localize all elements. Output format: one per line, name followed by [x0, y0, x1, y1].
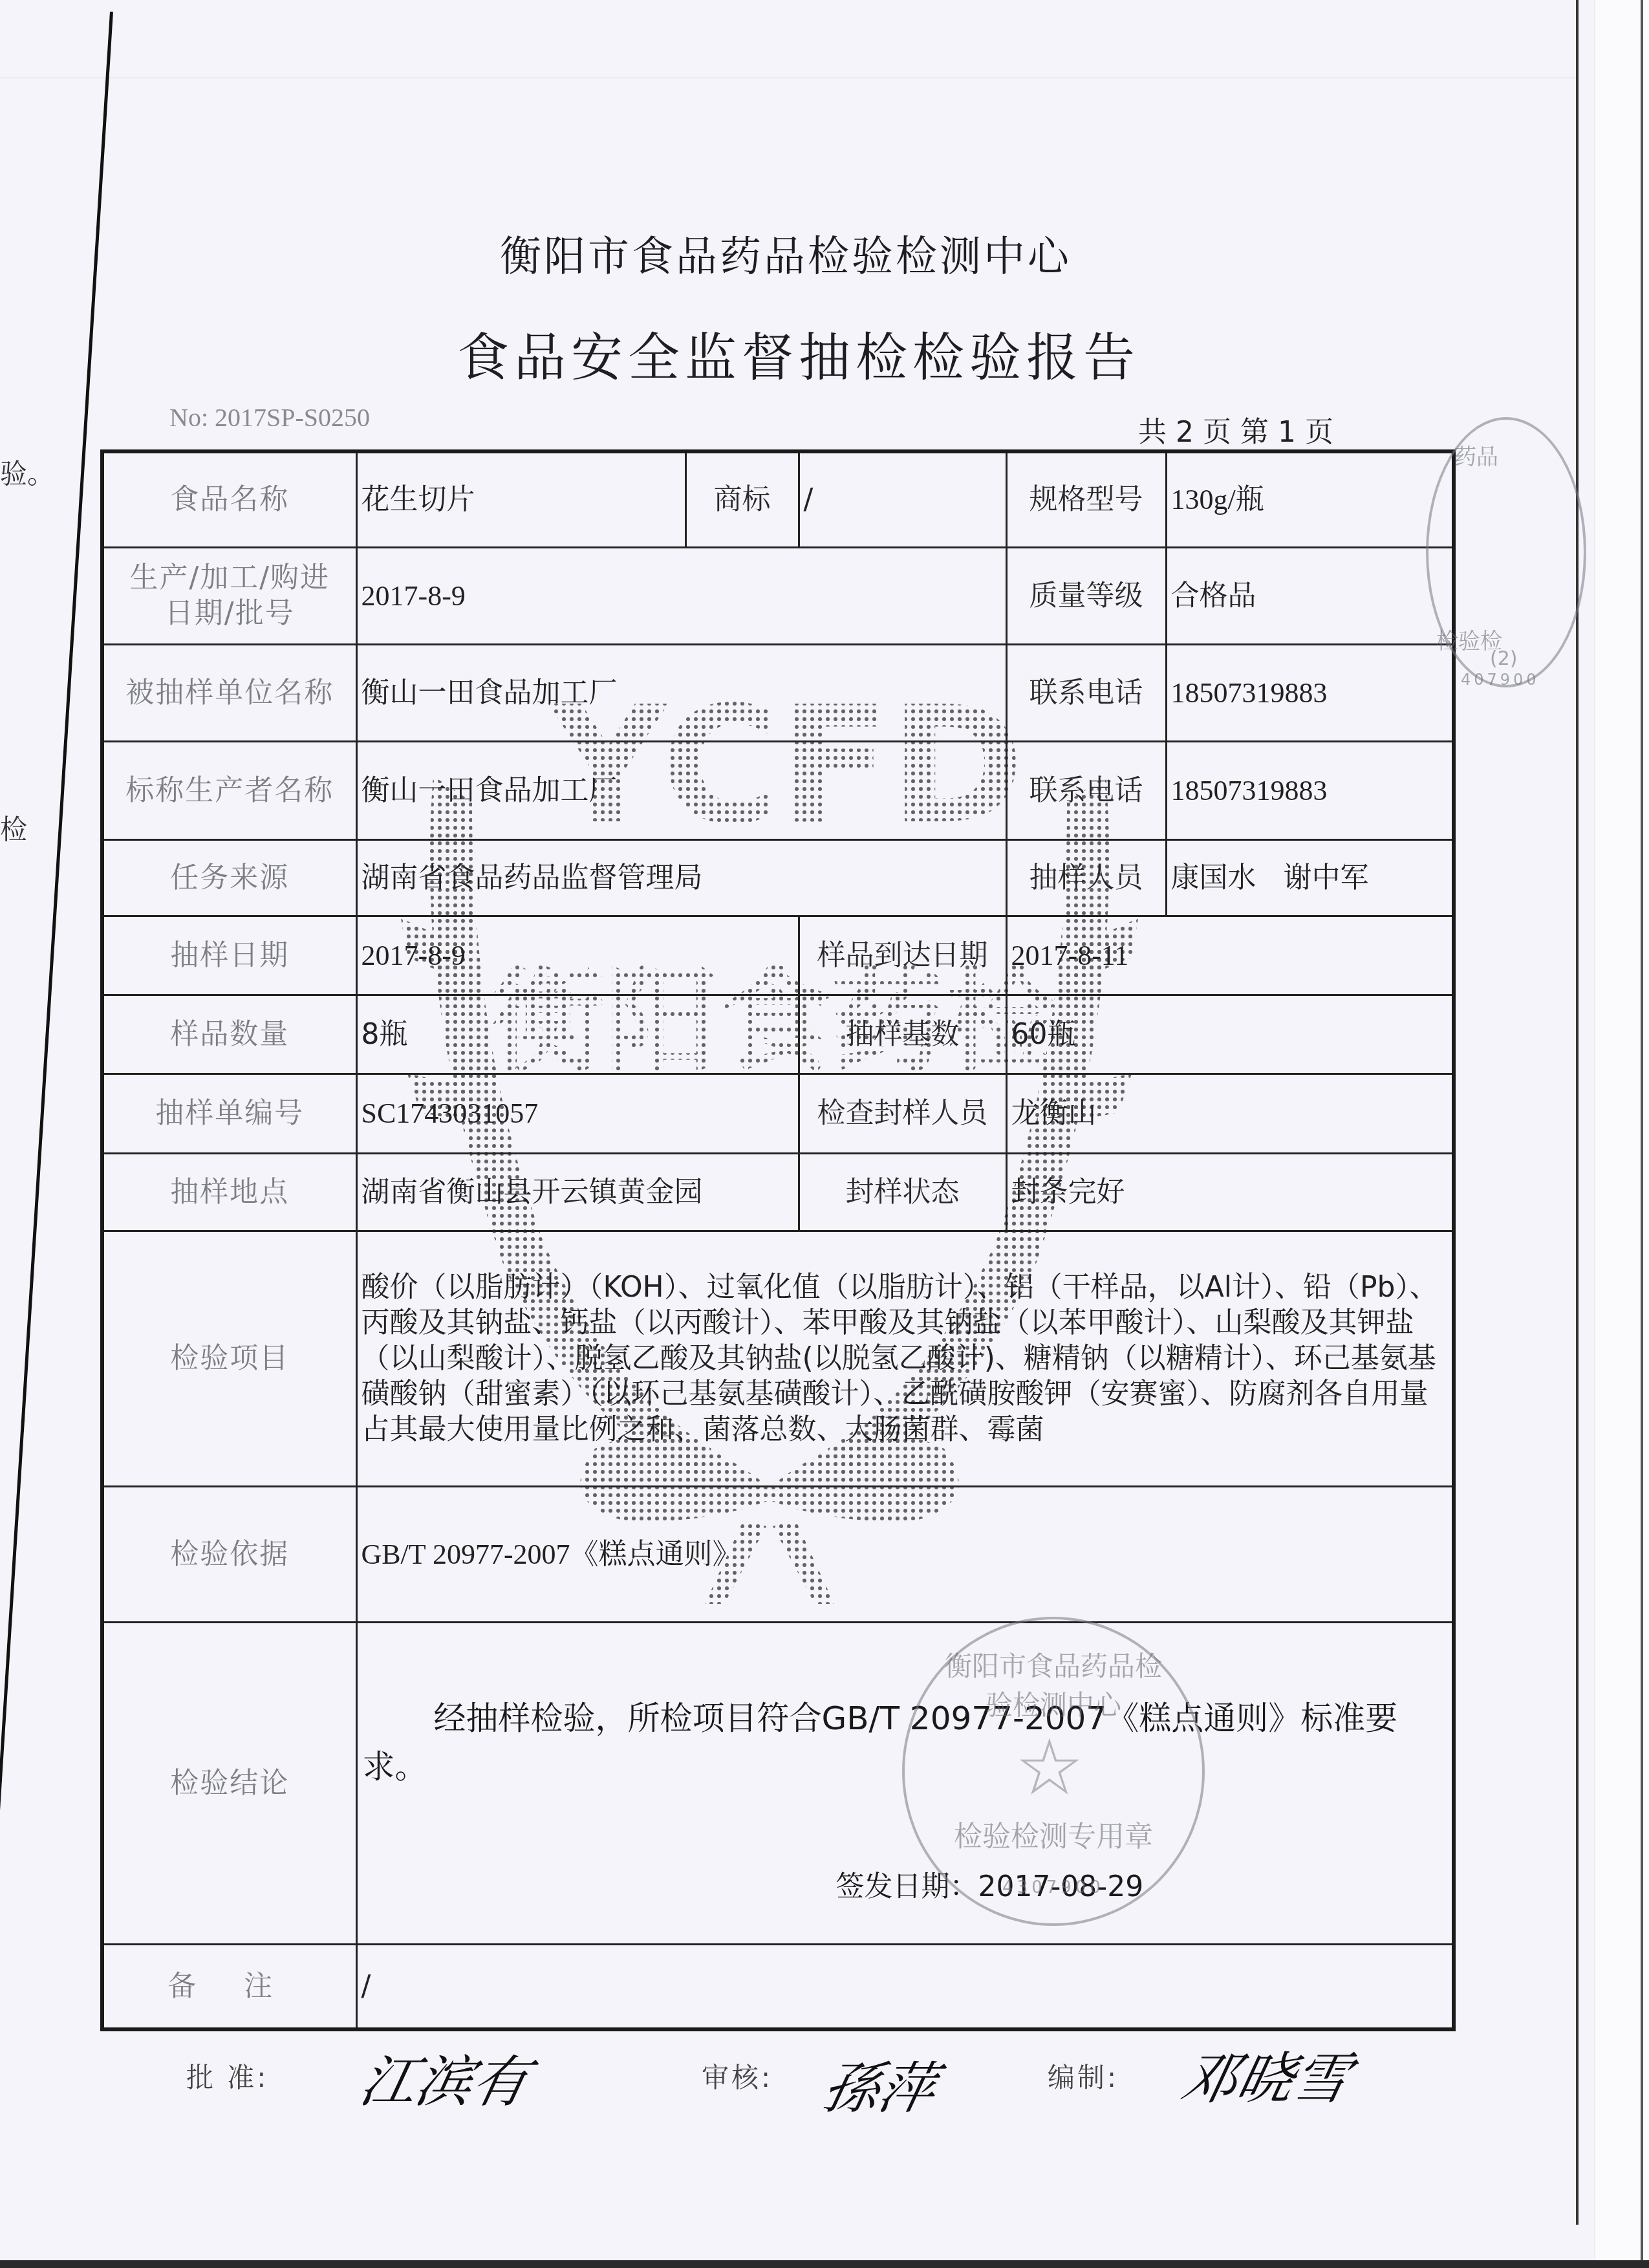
edge-seal-text-top: 药品 — [1454, 439, 1498, 471]
official-seal: 衡阳市食品药品检验检测中心 ☆ 检验检测专用章 4307900 — [902, 1617, 1205, 1926]
trademark-value: / — [799, 451, 1006, 547]
edge-text-fragment: 验。 — [0, 453, 54, 491]
inspection-items-value: 酸价（以脂肪计）（KOH）、过氧化值（以脂肪计）、铝（干样品，以Al计）、铅（P… — [356, 1231, 1454, 1486]
sampling-date-label: 抽样日期 — [102, 916, 356, 995]
sampling-place-label: 抽样地点 — [102, 1153, 356, 1231]
scan-artifact-line — [0, 78, 1578, 78]
food-name-value: 花生切片 — [356, 451, 685, 547]
inspection-items-label: 检验项目 — [102, 1231, 356, 1486]
sampling-place-value: 湖南省衡山县开云镇黄金园 — [356, 1153, 799, 1231]
edge-text-fragment: 检 — [0, 808, 27, 847]
star-icon: ☆ — [1015, 1723, 1084, 1813]
production-date-label: 生产/加工/购进 日期/批号 — [102, 547, 356, 644]
trademark-label: 商标 — [685, 451, 799, 547]
inspection-basis-label: 检验依据 — [102, 1486, 356, 1622]
producer-value: 衡山一田食品加工厂 — [356, 741, 1006, 839]
table-row: 生产/加工/购进 日期/批号 2017-8-9 质量等级 合格品 — [102, 547, 1454, 644]
review-signature: 孫萍 — [816, 2044, 944, 2124]
conclusion-text: 经抽样检验，所检项目符合GB/T 20977-2007《糕点通则》标准要求。 — [363, 1694, 1427, 1791]
sample-quantity-value: 8瓶 — [356, 995, 799, 1074]
quality-grade-value: 合格品 — [1166, 547, 1454, 644]
approve-label: 批 准: — [186, 2057, 269, 2095]
production-date-label-line2: 日期/批号 — [108, 596, 352, 631]
producer-phone-value: 18507319883 — [1166, 741, 1454, 839]
sampling-number-label: 抽样单编号 — [102, 1074, 356, 1153]
sampled-unit-phone-value: 18507319883 — [1166, 644, 1454, 741]
producer-label: 标称生产者名称 — [102, 741, 356, 839]
review-label: 审核: — [702, 2057, 773, 2095]
seal-status-label: 封样状态 — [799, 1153, 1006, 1231]
task-source-value: 湖南省食品药品监督管理局 — [356, 839, 1006, 916]
inspection-basis-value: GB/T 20977-2007《糕点通则》 — [356, 1486, 1454, 1622]
sample-quantity-label: 样品数量 — [102, 995, 356, 1074]
remarks-value: / — [356, 1944, 1454, 2029]
production-date-label-line1: 生产/加工/购进 — [108, 560, 352, 596]
report-title: 食品安全监督抽检检验报告 — [0, 316, 1649, 390]
production-date-value: 2017-8-9 — [356, 547, 1006, 644]
table-row: 食品名称 花生切片 商标 / 规格型号 130g/瓶 — [102, 451, 1454, 547]
task-source-label: 任务来源 — [102, 839, 356, 916]
table-row: 样品数量 8瓶 抽样基数 60瓶 — [102, 995, 1454, 1074]
approve-signature: 江滨有 — [354, 2037, 537, 2117]
quality-grade-label: 质量等级 — [1006, 547, 1166, 644]
remarks-label: 备 注 — [102, 1944, 356, 2029]
sampled-unit-phone-label: 联系电话 — [1006, 644, 1166, 741]
sampling-date-value: 2017-8-9 — [356, 916, 799, 995]
table-row: 任务来源 湖南省食品药品监督管理局 抽样人员 康国水 谢中军 — [102, 839, 1454, 916]
organization-title: 衡阳市食品药品检验检测中心 — [0, 223, 1649, 283]
sealer-value: 龙衡山 — [1006, 1074, 1454, 1153]
seal-bottom-text: 检验检测专用章 — [953, 1813, 1154, 1855]
paper-bottom-edge — [0, 2260, 1649, 2268]
table-row: 检验依据 GB/T 20977-2007《糕点通则》 — [102, 1486, 1454, 1622]
table-row: 备 注 / — [102, 1944, 1454, 2029]
table-row: 抽样日期 2017-8-9 样品到达日期 2017-8-11 — [102, 916, 1454, 995]
table-row: 被抽样单位名称 衡山一田食品加工厂 联系电话 18507319883 — [102, 644, 1454, 741]
seal-status-value: 封条完好 — [1006, 1153, 1454, 1231]
food-name-label: 食品名称 — [102, 451, 356, 547]
edge-seal-number: (2) — [1490, 647, 1518, 670]
spec-label: 规格型号 — [1006, 451, 1166, 547]
edge-seal: 药品 检验检 (2) 407900 — [1426, 417, 1586, 687]
sampling-number-value: SC1743031057 — [356, 1074, 799, 1153]
table-row: 检验项目 酸价（以脂肪计）（KOH）、过氧化值（以脂肪计）、铝（干样品，以Al计… — [102, 1231, 1454, 1486]
seal-ring-text: 衡阳市食品药品检验检测中心 — [937, 1645, 1170, 1723]
table-row: 标称生产者名称 衡山一田食品加工厂 联系电话 18507319883 — [102, 741, 1454, 839]
report-table: 食品名称 花生切片 商标 / 规格型号 130g/瓶 生产/加工/购进 日期/批… — [100, 449, 1456, 2031]
sampling-base-value: 60瓶 — [1006, 995, 1454, 1074]
table-row: 抽样地点 湖南省衡山县开云镇黄金园 封样状态 封条完好 — [102, 1153, 1454, 1231]
sampled-unit-label: 被抽样单位名称 — [102, 644, 356, 741]
spec-value: 130g/瓶 — [1166, 451, 1454, 547]
sealer-label: 检查封样人员 — [799, 1074, 1006, 1153]
sampled-unit-value: 衡山一田食品加工厂 — [356, 644, 1006, 741]
producer-phone-label: 联系电话 — [1006, 741, 1166, 839]
sampler-value: 康国水 谢中军 — [1166, 839, 1454, 916]
seal-code: 4307900 — [969, 1878, 1137, 1897]
sampling-base-label: 抽样基数 — [799, 995, 1006, 1074]
compile-signature: 邓晓雪 — [1175, 2034, 1359, 2114]
conclusion-label: 检验结论 — [102, 1622, 356, 1944]
sampler-label: 抽样人员 — [1006, 839, 1166, 916]
arrival-date-value: 2017-8-11 — [1006, 916, 1454, 995]
edge-seal-code: 407900 — [1461, 671, 1540, 689]
table-row: 检验结论 经抽样检验，所检项目符合GB/T 20977-2007《糕点通则》标准… — [102, 1622, 1454, 1944]
arrival-date-label: 样品到达日期 — [799, 916, 1006, 995]
table-row: 抽样单编号 SC1743031057 检查封样人员 龙衡山 — [102, 1074, 1454, 1153]
page-indicator: 共 2 页 第 1 页 — [1138, 409, 1333, 450]
report-number: No: 2017SP-S0250 — [169, 402, 370, 433]
compile-label: 编制: — [1048, 2057, 1119, 2095]
